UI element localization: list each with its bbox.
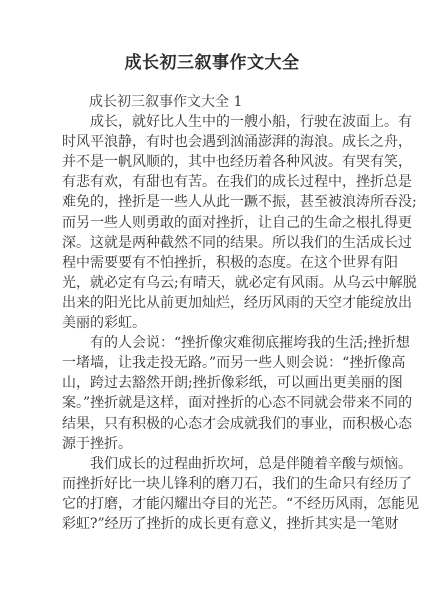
essay-subheading: 成长初三叙事作文大全 1 — [62, 92, 366, 112]
paragraph-line: 有悲有欢，有甜也有苦。在我们的成长过程中，挫折总是 — [62, 172, 366, 192]
paragraph-line: 源于挫折。 — [62, 434, 366, 454]
paragraph-line: 时风平浪静，有时也会遇到汹涌澎湃的海浪。成长之舟， — [62, 132, 366, 152]
document-body: 成长初三叙事作文大全 1 成长，就好比人生中的一艘小船，行驶在波面上。有 时风平… — [62, 92, 366, 534]
paragraph-line: 彩虹?”经历了挫折的成长更有意义，挫折其实是一笔财 — [62, 514, 366, 534]
paragraph-line: 并不是一帆风顺的，其中也经历着各种风波。有哭有笑， — [62, 152, 366, 172]
paragraph-line: 出来的阳光比从前更加灿烂，经历风雨的天空才能绽放出 — [62, 293, 366, 313]
paragraph-line: 结果，只有积极的心态才会成就我们的事业，而积极心态 — [62, 414, 366, 434]
paragraph-line: 难免的，挫折是一些人从此一蹶不振，甚至被浪涛所吞没; — [62, 192, 366, 212]
paragraph-3: 我们成长的过程曲折坎坷，总是伴随着辛酸与烦恼。 而挫折好比一块儿锋利的磨刀石，我… — [62, 454, 366, 534]
paragraph-line: 程中需要要有不怕挫折，积极的态度。在这个世界有阳 — [62, 253, 366, 273]
paragraph-line: 山，跨过去豁然开朗;挫折像彩纸，可以画出更美丽的图 — [62, 373, 366, 393]
paragraph-2: 有的人会说：“挫折像灾难彻底摧垮我的生活;挫折想 一堵墙，让我走投无路。”而另一… — [62, 333, 366, 454]
paragraph-line: 而另一些人则勇敢的面对挫折，让自己的生命之根扎得更 — [62, 213, 366, 233]
paragraph-line: 美丽的彩虹。 — [62, 313, 366, 333]
paragraph-line: 光，就必定有乌云;有晴天，就必定有风雨。从乌云中解脱 — [62, 273, 366, 293]
document-page: 成长初三叙事作文大全 成长初三叙事作文大全 1 成长，就好比人生中的一艘小船，行… — [0, 0, 424, 600]
paragraph-line: 有的人会说：“挫折像灾难彻底摧垮我的生活;挫折想 — [62, 333, 366, 353]
paragraph-line: 一堵墙，让我走投无路。”而另一些人则会说：“挫折像高 — [62, 353, 366, 373]
paragraph-line: 我们成长的过程曲折坎坷，总是伴随着辛酸与烦恼。 — [62, 454, 366, 474]
paragraph-line: 深。这就是两种截然不同的结果。所以我们的生活成长过 — [62, 233, 366, 253]
paragraph-line: 而挫折好比一块儿锋利的磨刀石，我们的生命只有经历了 — [62, 474, 366, 494]
paragraph-line: 案。”挫折就是这样，面对挫折的心态不同就会带来不同的 — [62, 393, 366, 413]
paragraph-1: 成长，就好比人生中的一艘小船，行驶在波面上。有 时风平浪静，有时也会遇到汹涌澎湃… — [62, 112, 366, 333]
paragraph-line: 它的打磨，才能闪耀出夺目的光芒。“不经历风雨，怎能见 — [62, 494, 366, 514]
paragraph-line: 成长，就好比人生中的一艘小船，行驶在波面上。有 — [62, 112, 366, 132]
document-title: 成长初三叙事作文大全 — [0, 52, 424, 74]
